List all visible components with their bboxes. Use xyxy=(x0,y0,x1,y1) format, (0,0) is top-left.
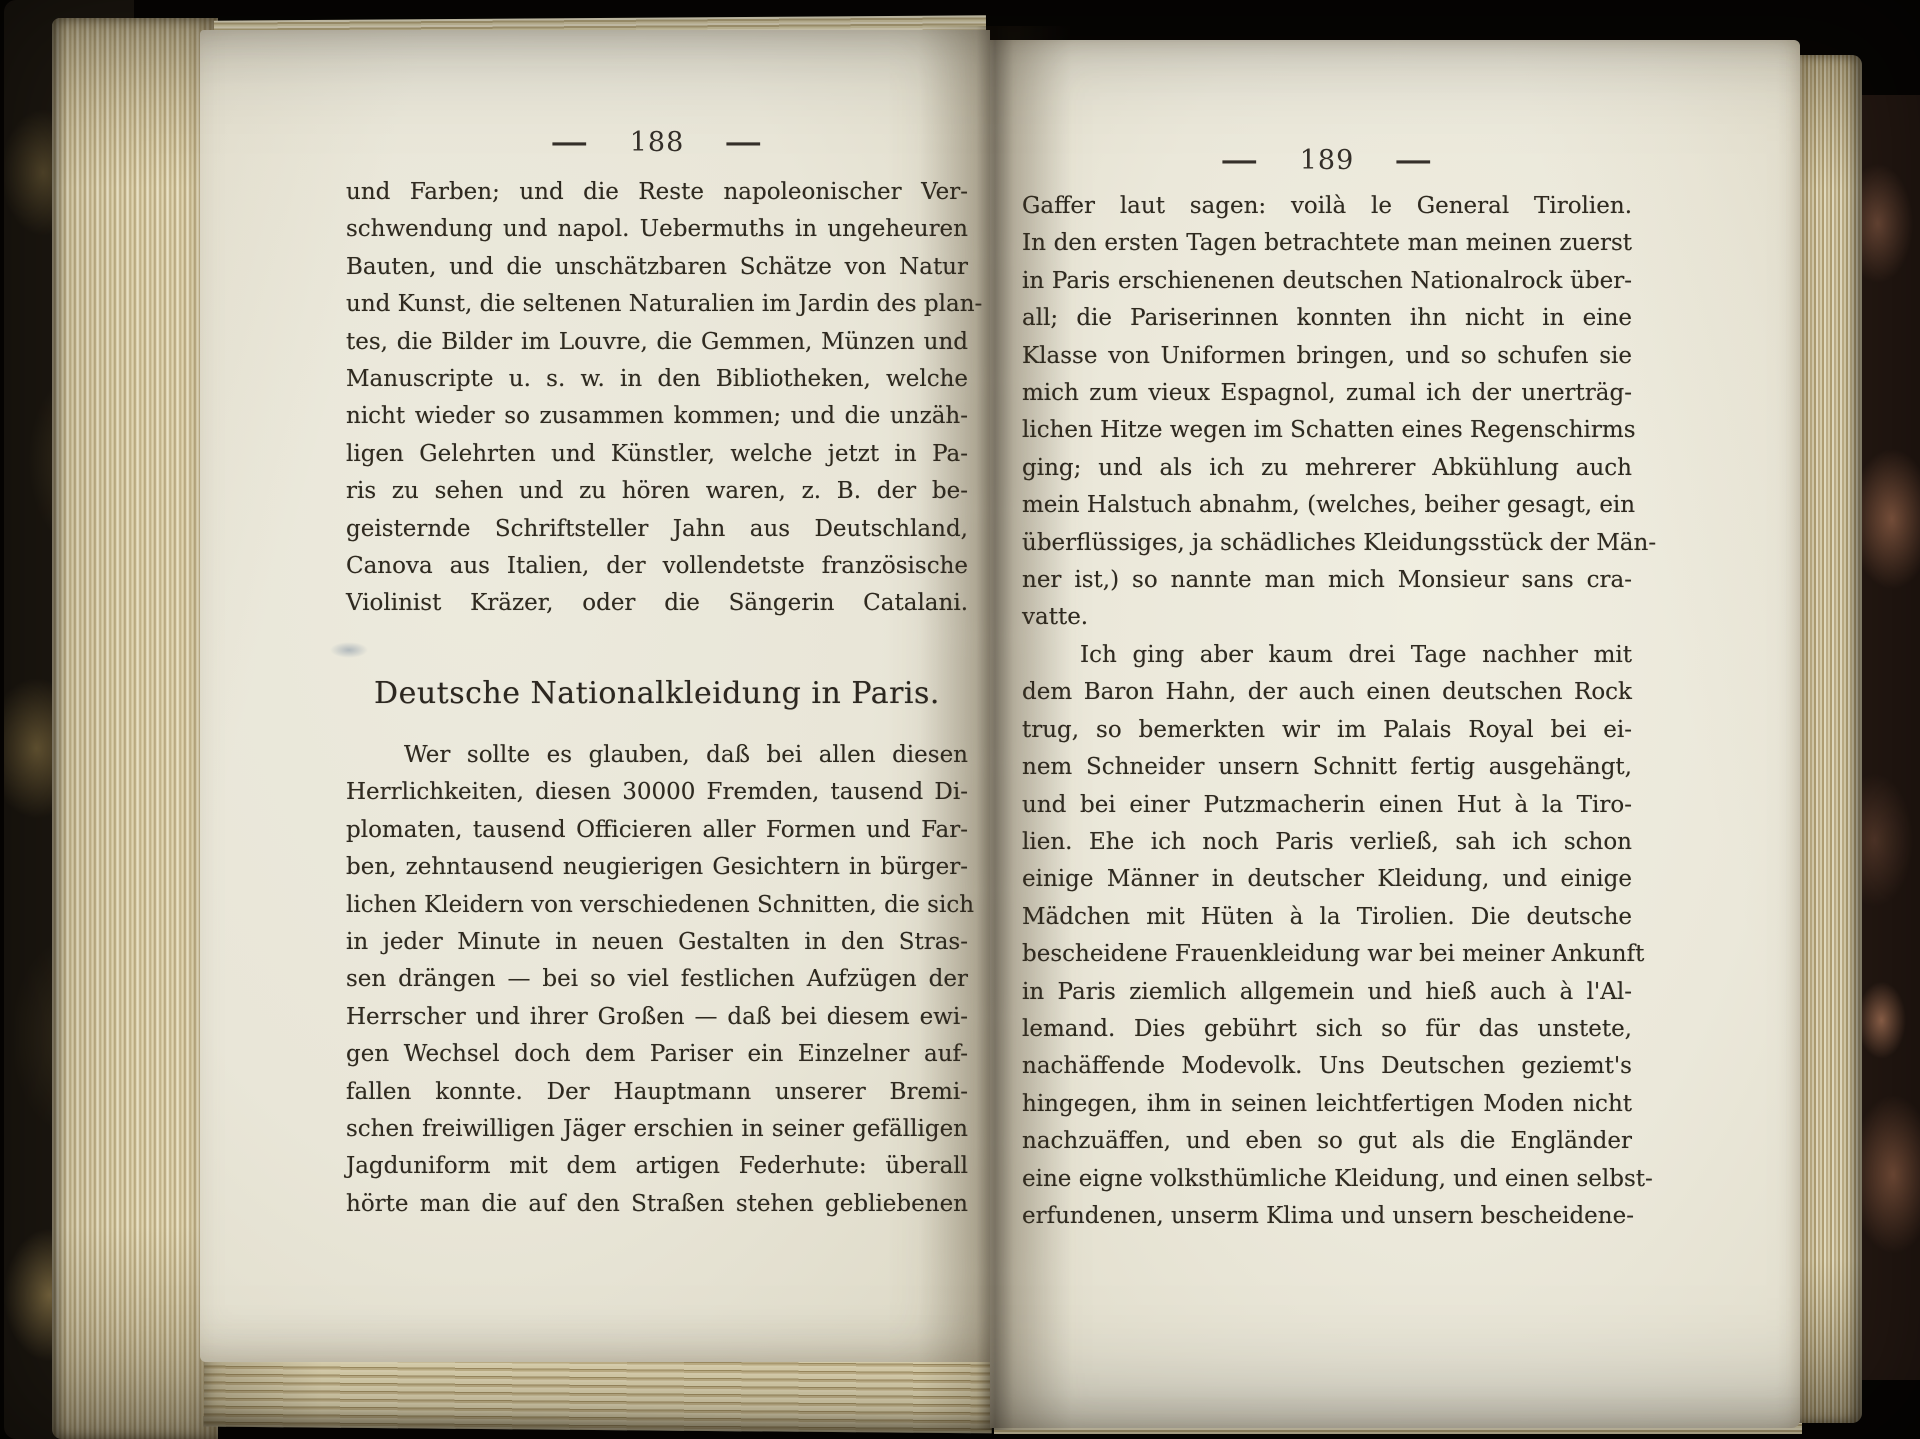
text-line: in Paris erschienenen deutschen National… xyxy=(1022,263,1632,300)
text-line: in Paris ziemlich allgemein und hieß auc… xyxy=(1022,974,1632,1011)
text-line: erfundenen, unserm Klima und unsern besc… xyxy=(1022,1198,1632,1235)
text-line: trug, so bemerkten wir im Palais Royal b… xyxy=(1022,712,1632,749)
paragraph: Ich ging aber kaum drei Tage nachher mit… xyxy=(1022,637,1632,1236)
page-edges-left xyxy=(52,18,218,1439)
text-line: Herrlichkeiten, diesen 30000 Fremden, ta… xyxy=(346,774,968,811)
page-right-text-block: — 189 — Gaffer laut sagen: voilà le Gene… xyxy=(1022,140,1632,1235)
page-number: 188 xyxy=(630,127,685,158)
text-line: schen freiwilligen Jäger erschien in sei… xyxy=(346,1111,968,1148)
text-line: all; die Pariserinnen konnten ihn nicht … xyxy=(1022,300,1632,337)
book-page-right: — 189 — Gaffer laut sagen: voilà le Gene… xyxy=(990,40,1800,1428)
text-line: geisternde Schriftsteller Jahn aus Deuts… xyxy=(346,511,968,548)
text-line: Jagduniform mit dem artigen Federhute: ü… xyxy=(346,1148,968,1185)
text-line: Canova aus Italien, der vollendetste fra… xyxy=(346,548,968,585)
header-dash: — xyxy=(1220,145,1259,176)
text-line: lien. Ehe ich noch Paris verließ, sah ic… xyxy=(1022,824,1632,861)
text-line: Gaffer laut sagen: voilà le General Tiro… xyxy=(1022,188,1632,225)
text-line: Ich ging aber kaum drei Tage nachher mit xyxy=(1022,637,1632,674)
text-line: Manuscripte u. s. w. in den Bibliotheken… xyxy=(346,361,968,398)
paragraph: Wer sollte es glauben, daß bei allen die… xyxy=(346,737,968,1223)
ink-smudge xyxy=(330,642,368,658)
text-line: nicht wieder so zusammen kommen; und die… xyxy=(346,398,968,435)
text-line: lichen Kleidern von verschiedenen Schnit… xyxy=(346,887,968,924)
text-line: Herrscher und ihrer Großen — daß bei die… xyxy=(346,999,968,1036)
text-line: in jeder Minute in neuen Gestalten in de… xyxy=(346,924,968,961)
text-line: ris zu sehen und zu hören waren, z. B. d… xyxy=(346,473,968,510)
photograph-open-book: — 188 — und Farben; und die Reste napole… xyxy=(0,0,1920,1439)
section-heading: Deutsche Nationalkleidung in Paris. xyxy=(346,673,968,715)
text-line: lichen Hitze wegen im Schatten eines Reg… xyxy=(1022,412,1632,449)
text-line: mich zum vieux Espagnol, zumal ich der u… xyxy=(1022,375,1632,412)
text-line: plomaten, tausend Officieren aller Forme… xyxy=(346,812,968,849)
page-header: — 189 — xyxy=(1022,140,1632,180)
text-line: schwendung und napol. Uebermuths in unge… xyxy=(346,211,968,248)
book-page-left: — 188 — und Farben; und die Reste napole… xyxy=(200,30,990,1362)
text-line: fallen konnte. Der Hauptmann unserer Bre… xyxy=(346,1074,968,1111)
text-line: nachäffende Modevolk. Uns Deutschen gezi… xyxy=(1022,1048,1632,1085)
text-line: gen Wechsel doch dem Pariser ein Einzeln… xyxy=(346,1036,968,1073)
text-line: Bauten, und die unschätzbaren Schätze vo… xyxy=(346,249,968,286)
header-dash: — xyxy=(725,127,764,158)
text-line: und bei einer Putzmacherin einen Hut à l… xyxy=(1022,787,1632,824)
paragraph-continuation: Gaffer laut sagen: voilà le General Tiro… xyxy=(1022,188,1632,637)
text-line: Mädchen mit Hüten à la Tirolien. Die deu… xyxy=(1022,899,1632,936)
text-line: überflüssiges, ja schädliches Kleidungss… xyxy=(1022,525,1632,562)
header-dash: — xyxy=(1395,145,1434,176)
text-line: und Kunst, die seltenen Naturalien im Ja… xyxy=(346,286,968,323)
text-line: bescheidene Frauenkleidung war bei meine… xyxy=(1022,936,1632,973)
paragraph-continuation: und Farben; und die Reste napoleonischer… xyxy=(346,174,968,623)
text-line: nem Schneider unsern Schnitt fertig ausg… xyxy=(1022,749,1632,786)
page-header: — 188 — xyxy=(346,122,968,162)
page-edges-right xyxy=(1796,55,1862,1423)
text-line: Klasse von Uniformen bringen, und so sch… xyxy=(1022,338,1632,375)
page-left-text-block: — 188 — und Farben; und die Reste napole… xyxy=(346,122,968,1223)
text-line: ligen Gelehrten und Künstler, welche jet… xyxy=(346,436,968,473)
text-line: ben, zehntausend neugierigen Gesichtern … xyxy=(346,849,968,886)
text-line: ging; und als ich zu mehrerer Abkühlung … xyxy=(1022,450,1632,487)
text-line: Violinist Kräzer, oder die Sängerin Cata… xyxy=(346,585,968,622)
text-line: In den ersten Tagen betrachtete man mein… xyxy=(1022,225,1632,262)
text-line: hörte man die auf den Straßen stehen geb… xyxy=(346,1186,968,1223)
text-line: vatte. xyxy=(1022,599,1632,636)
text-line: einige Männer in deutscher Kleidung, und… xyxy=(1022,861,1632,898)
text-line: eine eigne volksthümliche Kleidung, und … xyxy=(1022,1161,1632,1198)
text-line: lemand. Dies gebührt sich so für das uns… xyxy=(1022,1011,1632,1048)
header-dash: — xyxy=(550,127,589,158)
text-line: tes, die Bilder im Louvre, die Gemmen, M… xyxy=(346,324,968,361)
text-line: und Farben; und die Reste napoleonischer… xyxy=(346,174,968,211)
text-line: dem Baron Hahn, der auch einen deutschen… xyxy=(1022,674,1632,711)
text-line: Wer sollte es glauben, daß bei allen die… xyxy=(346,737,968,774)
text-line: hingegen, ihm in seinen leichtfertigen M… xyxy=(1022,1086,1632,1123)
text-line: sen drängen — bei so viel festlichen Auf… xyxy=(346,961,968,998)
text-line: ner ist,) so nannte man mich Monsieur sa… xyxy=(1022,562,1632,599)
text-line: nachzuäffen, und eben so gut als die Eng… xyxy=(1022,1123,1632,1160)
text-line: mein Halstuch abnahm, (welches, beiher g… xyxy=(1022,487,1632,524)
page-number: 189 xyxy=(1300,145,1355,176)
